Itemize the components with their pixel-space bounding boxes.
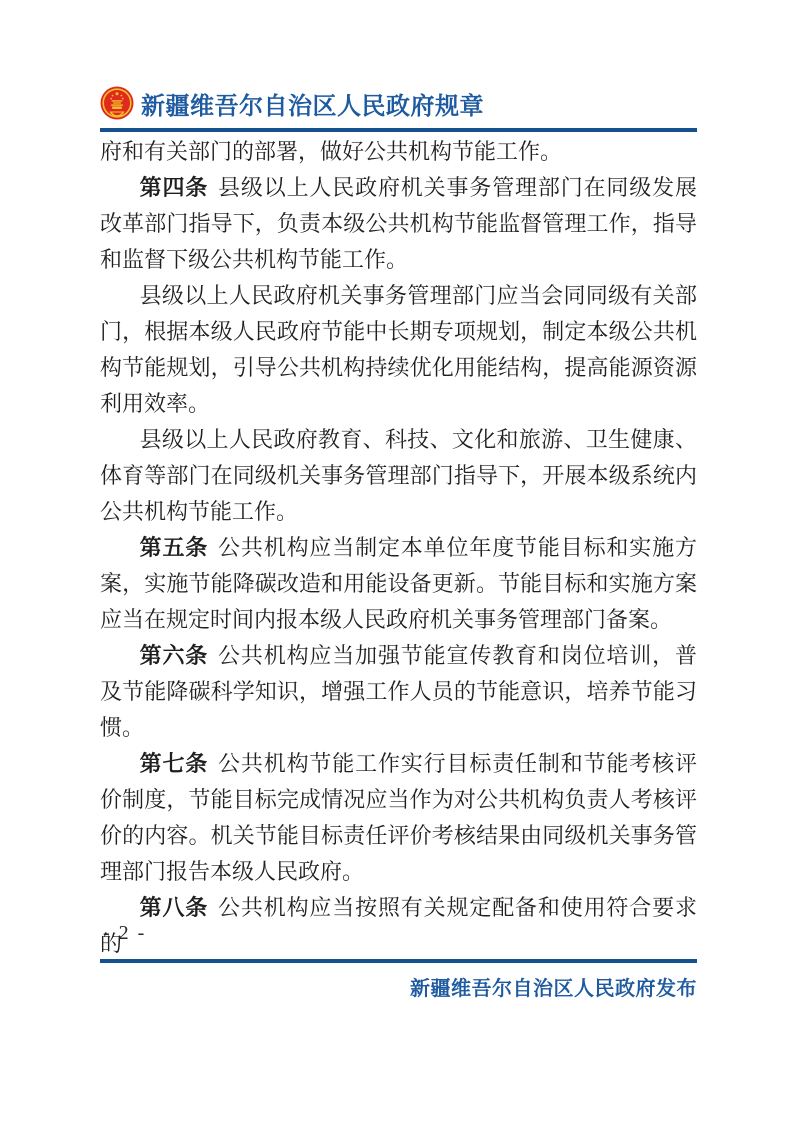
paragraph: 第七条公共机构节能工作实行目标责任制和节能考核评价制度，节能目标完成情况应当作为… [100,746,697,890]
article-number-label: 第五条 [140,535,209,560]
paragraph: 第四条县级以上人民政府机关事务管理部门在同级发展改革部门指导下，负责本级公共机构… [100,170,697,278]
footer-rule [100,959,697,963]
document-body: 府和有关部门的部署，做好公共机构节能工作。第四条县级以上人民政府机关事务管理部门… [100,134,697,962]
page-number: - 2 - [103,922,146,945]
national-emblem-icon [100,86,134,120]
document-page: 新疆维吾尔自治区人民政府规章 府和有关部门的部署，做好公共机构节能工作。第四条县… [0,0,793,1122]
paragraph: 县级以上人民政府机关事务管理部门应当会同同级有关部门，根据本级人民政府节能中长期… [100,278,697,422]
paragraph: 第六条公共机构应当加强节能宣传教育和岗位培训，普及节能降碳科学知识，增强工作人员… [100,638,697,746]
article-number-label: 第六条 [140,643,209,668]
paragraph: 县级以上人民政府教育、科技、文化和旅游、卫生健康、体育等部门在同级机关事务管理部… [100,422,697,530]
header-rule [100,128,697,132]
footer-publisher: 新疆维吾尔自治区人民政府发布 [100,972,697,1001]
paragraph: 府和有关部门的部署，做好公共机构节能工作。 [100,134,697,170]
page-title: 新疆维吾尔自治区人民政府规章 [141,86,484,121]
article-number-label: 第四条 [140,175,209,200]
article-number-label: 第八条 [140,895,209,920]
article-number-label: 第七条 [140,751,209,776]
paragraph: 第五条公共机构应当制定本单位年度节能目标和实施方案，实施节能降碳改造和用能设备更… [100,530,697,638]
paragraph: 第八条公共机构应当按照有关规定配备和使用符合要求的 [100,890,697,962]
page-header: 新疆维吾尔自治区人民政府规章 [100,83,697,123]
